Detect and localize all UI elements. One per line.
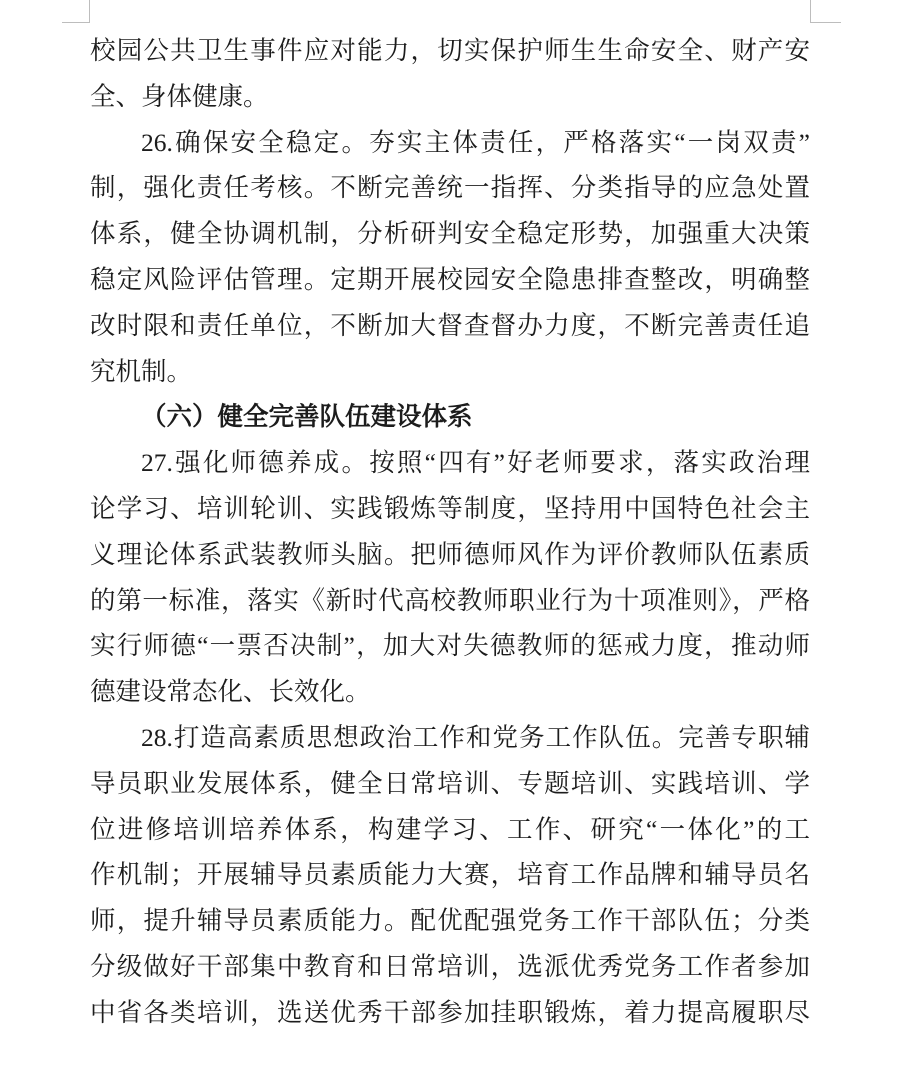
text-line: 作机制；开展辅导员素质能力大赛，培育工作品牌和辅导员名 (90, 852, 810, 898)
margin-mark-top-right (810, 0, 841, 23)
text-line: 的第一标准，落实《新时代高校教师职业行为十项准则》，严格 (90, 578, 810, 624)
text-line: 27.强化师德养成。按照“四有”好老师要求，落实政治理 (90, 440, 810, 486)
document-page: 校园公共卫生事件应对能力，切实保护师生生命安全、财产安全、身体健康。26.确保安… (0, 0, 900, 1067)
text-line: 改时限和责任单位，不断加大督查督办力度，不断完善责任追 (90, 303, 810, 349)
text-line: 德建设常态化、长效化。 (90, 669, 810, 715)
text-line: 导员职业发展体系，健全日常培训、专题培训、实践培训、学 (90, 761, 810, 807)
text-line: 体系，健全协调机制，分析研判安全稳定形势，加强重大决策 (90, 211, 810, 257)
document-body[interactable]: 校园公共卫生事件应对能力，切实保护师生生命安全、财产安全、身体健康。26.确保安… (90, 28, 810, 1036)
text-line: 全、身体健康。 (90, 74, 810, 120)
text-line: 分级做好干部集中教育和日常培训，选派优秀党务工作者参加 (90, 944, 810, 990)
text-line: 论学习、培训轮训、实践锻炼等制度，坚持用中国特色社会主 (90, 486, 810, 532)
text-line: 义理论体系武装教师头脑。把师德师风作为评价教师队伍素质 (90, 532, 810, 578)
margin-mark-top-left (62, 0, 90, 23)
text-line: 28.打造高素质思想政治工作和党务工作队伍。完善专职辅 (90, 715, 810, 761)
text-line: 制，强化责任考核。不断完善统一指挥、分类指导的应急处置 (90, 165, 810, 211)
text-line: 实行师德“一票否决制”，加大对失德教师的惩戒力度，推动师 (90, 623, 810, 669)
text-line: 位进修培训培养体系，构建学习、工作、研究“一体化”的工 (90, 807, 810, 853)
text-line: 中省各类培训，选送优秀干部参加挂职锻炼，着力提高履职尽 (90, 990, 810, 1036)
text-line: 究机制。 (90, 349, 810, 395)
text-line: 师，提升辅导员素质能力。配优配强党务工作干部队伍；分类 (90, 898, 810, 944)
section-heading: （六）健全完善队伍建设体系 (90, 394, 810, 440)
text-line: 稳定风险评估管理。定期开展校园安全隐患排查整改，明确整 (90, 257, 810, 303)
text-line: 26.确保安全稳定。夯实主体责任，严格落实“一岗双责” (90, 120, 810, 166)
text-line: 校园公共卫生事件应对能力，切实保护师生生命安全、财产安 (90, 28, 810, 74)
